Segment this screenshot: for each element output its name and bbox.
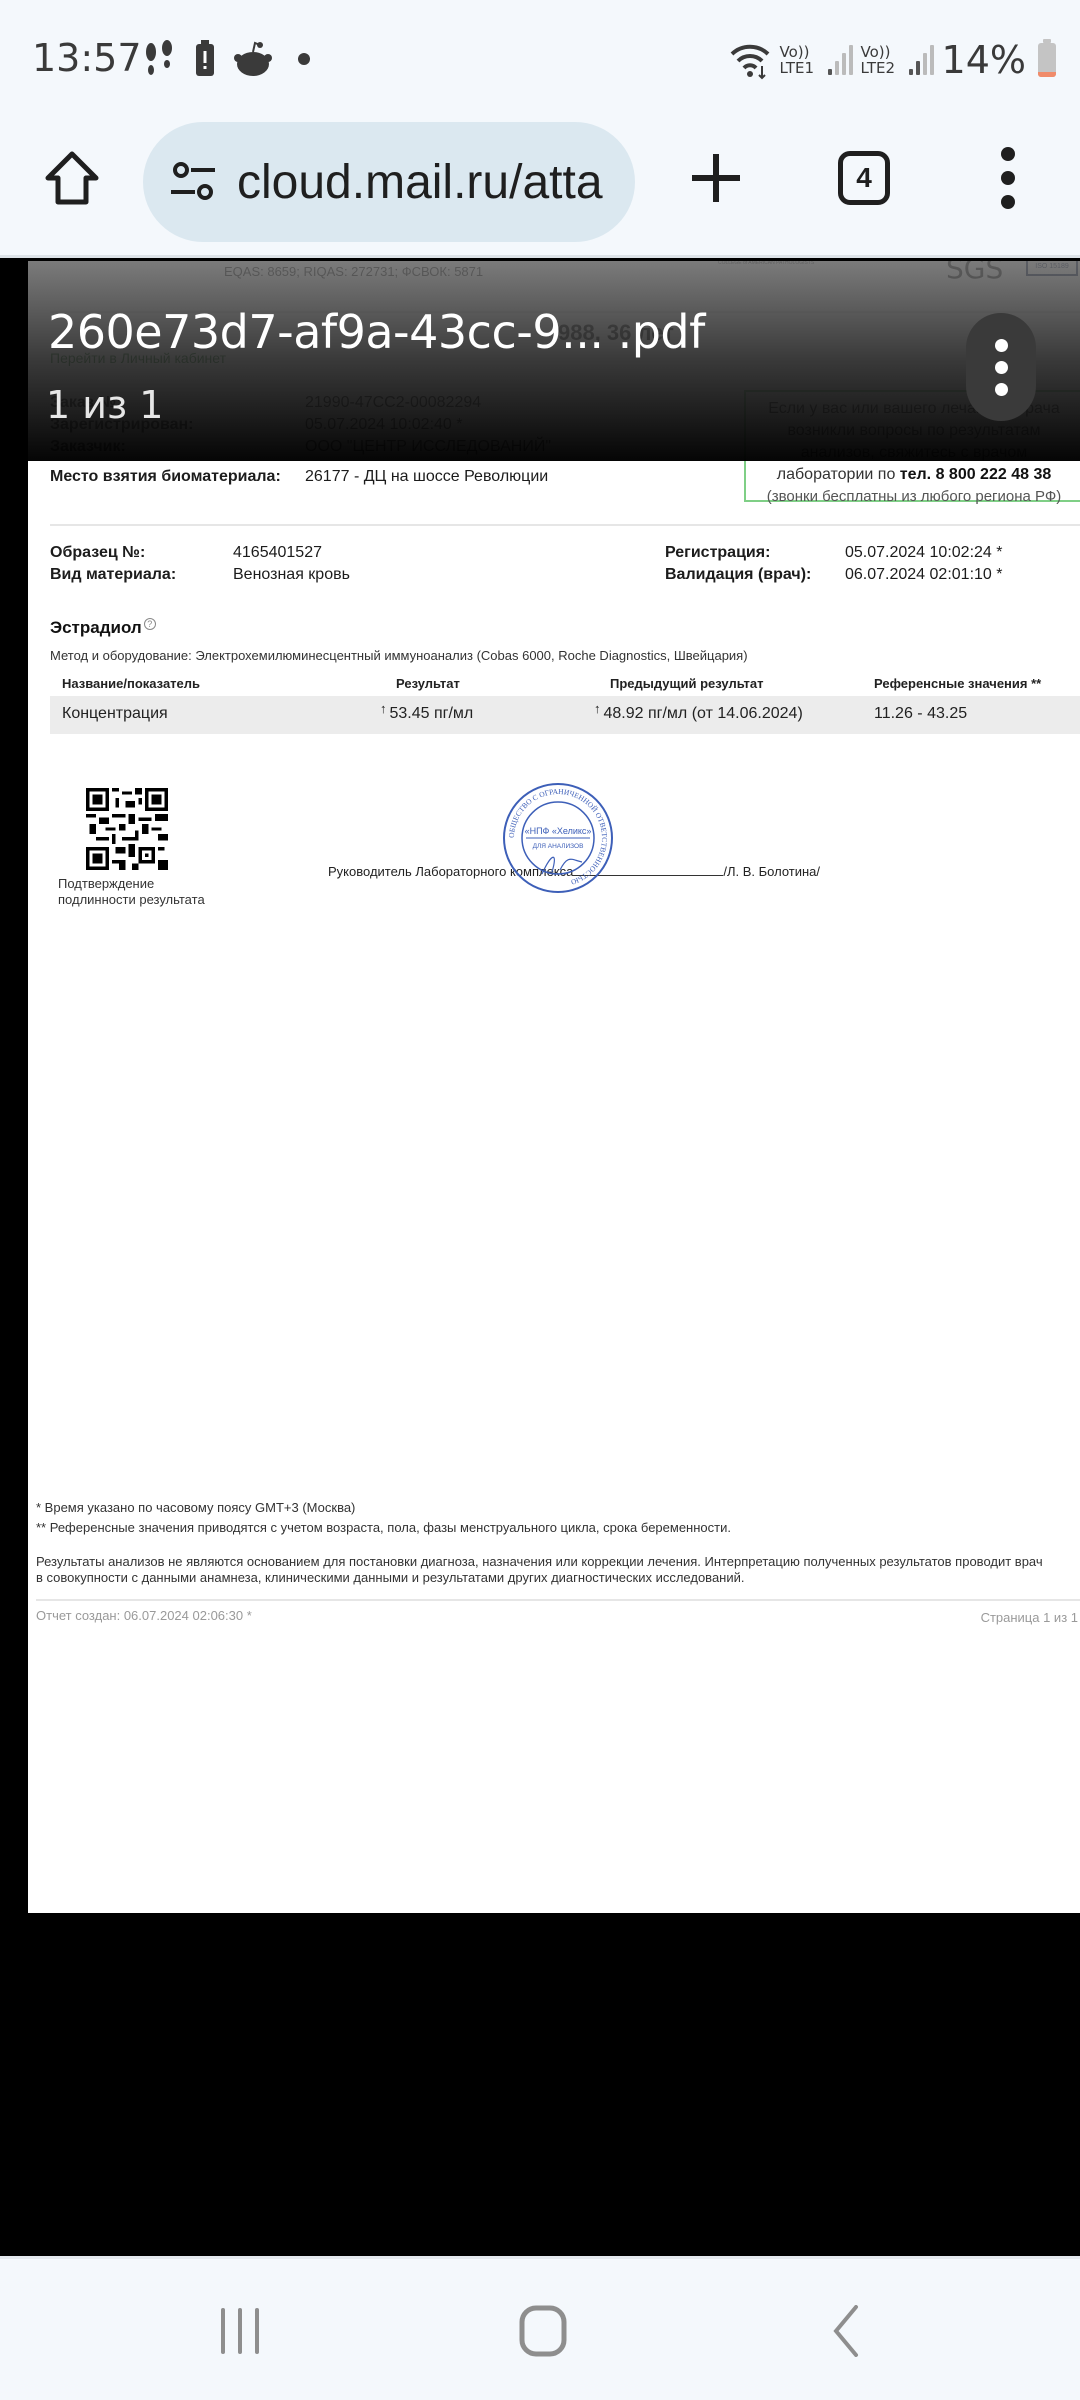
pdf-viewer-header: 260e73d7-af9a-43cc-9... .pdf 1 из 1 bbox=[28, 261, 1080, 461]
browser-menu-button[interactable] bbox=[984, 142, 1032, 214]
home-button[interactable] bbox=[36, 142, 108, 214]
col-reference: Референсные значения ** bbox=[874, 676, 1041, 691]
url-bar[interactable]: cloud.mail.ru/atta bbox=[143, 122, 635, 242]
test-method: Метод и оборудование: Электрохемилюминес… bbox=[50, 648, 748, 663]
system-status-icons: Vo)) LTE1 Vo)) LTE2 14% bbox=[728, 38, 1056, 82]
tab-switcher-button[interactable]: 4 bbox=[830, 142, 898, 214]
qr-caption-line1: Подтверждение bbox=[58, 876, 154, 891]
battery-icon bbox=[1038, 43, 1056, 77]
results-table-header: Название/показатель Результат Предыдущий… bbox=[50, 676, 1080, 694]
row-result: ↑53.45 пг/мл bbox=[380, 705, 473, 723]
sim2-label: Vo)) LTE2 bbox=[861, 44, 901, 76]
material-value: Венозная кровь bbox=[233, 566, 350, 584]
home-icon bbox=[44, 150, 100, 206]
site-settings-icon[interactable] bbox=[167, 156, 219, 208]
footnote-timezone: * Время указано по часовому поясу GMT+3 … bbox=[36, 1500, 355, 1515]
contact-note: (звонки бесплатны из любого региона РФ) bbox=[746, 486, 1080, 508]
pdf-more-options-button[interactable] bbox=[966, 313, 1036, 421]
report-created: Отчет создан: 06.07.2024 02:06:30 * bbox=[36, 1608, 252, 1623]
wifi-icon bbox=[728, 40, 772, 80]
disclaimer-line2: в совокупности с данными анамнеза, клини… bbox=[36, 1570, 745, 1585]
qr-caption-line2: подлинности результата bbox=[58, 892, 205, 907]
pdf-page: EQAS: 8659; RIQAS: 272731; ФСВОК: 5871 C… bbox=[28, 261, 1080, 1913]
svg-text:ДЛЯ АНАЛИЗОВ: ДЛЯ АНАЛИЗОВ bbox=[533, 843, 584, 850]
validation-value: 06.07.2024 02:01:10 * bbox=[845, 566, 1002, 584]
menu-dot-icon bbox=[1001, 147, 1015, 161]
battery-alert-icon bbox=[194, 40, 216, 78]
page-number: Страница 1 из 1 bbox=[981, 1610, 1078, 1625]
menu-dot-icon bbox=[1001, 195, 1015, 209]
browser-toolbar: cloud.mail.ru/atta 4 bbox=[0, 120, 1080, 258]
more-notifications-dot bbox=[298, 53, 310, 65]
collection-place-label: Место взятия биоматериала: bbox=[50, 468, 281, 486]
sample-number-label: Образец №: bbox=[50, 544, 145, 562]
sim1-signal-icon bbox=[828, 45, 853, 75]
system-navigation-bar bbox=[0, 2256, 1080, 2400]
row-name: Концентрация bbox=[62, 705, 168, 723]
collection-place-value: 26177 - ДЦ на шоссе Революции bbox=[305, 468, 548, 486]
new-tab-button[interactable] bbox=[680, 142, 752, 214]
col-previous: Предыдущий результат bbox=[610, 676, 764, 691]
validation-label: Валидация (врач): bbox=[665, 566, 811, 584]
back-button[interactable] bbox=[806, 2299, 886, 2363]
help-icon[interactable]: ? bbox=[144, 618, 156, 630]
more-dot-icon bbox=[995, 339, 1008, 352]
phone-screen: 13:57 Vo)) LTE1 Vo)) LTE2 14% cloud.mail… bbox=[0, 0, 1080, 2400]
reddit-icon bbox=[234, 40, 272, 78]
arrow-up-icon: ↑ bbox=[594, 701, 601, 716]
recent-apps-icon bbox=[215, 2306, 265, 2356]
sample-number-value: 4165401527 bbox=[233, 544, 322, 562]
sim2-signal-icon bbox=[909, 45, 934, 75]
arrow-up-icon: ↑ bbox=[380, 701, 387, 716]
back-chevron-icon bbox=[826, 2305, 866, 2357]
pdf-viewer[interactable]: EQAS: 8659; RIQAS: 272731; ФСВОК: 5871 C… bbox=[0, 261, 1080, 2256]
sim1-label: Vo)) LTE1 bbox=[780, 44, 820, 76]
registration-label: Регистрация: bbox=[665, 544, 770, 562]
url-text: cloud.mail.ru/atta bbox=[237, 155, 603, 210]
pdf-file-name: 260e73d7-af9a-43cc-9... .pdf bbox=[48, 305, 705, 359]
tab-count: 4 bbox=[838, 151, 890, 205]
col-result: Результат bbox=[396, 676, 460, 691]
footnote-reference: ** Референсные значения приводятся с уче… bbox=[36, 1520, 731, 1535]
plus-icon bbox=[690, 152, 742, 204]
nav-home-button[interactable] bbox=[503, 2299, 583, 2363]
status-bar: 13:57 Vo)) LTE1 Vo)) LTE2 14% bbox=[0, 0, 1080, 120]
stamp-seal: ОБЩЕСТВО С ОГРАНИЧЕННОЙ ОТВЕТСТВЕННОСТЬЮ… bbox=[502, 782, 614, 894]
menu-dot-icon bbox=[1001, 171, 1015, 185]
phone-number[interactable]: тел. 8 800 222 48 38 bbox=[900, 466, 1051, 483]
home-circle-icon bbox=[518, 2305, 568, 2357]
battery-percent: 14% bbox=[942, 38, 1026, 82]
pdf-page-indicator: 1 из 1 bbox=[46, 383, 163, 427]
contact-phone-line: лаборатории по тел. 8 800 222 48 38 bbox=[746, 464, 1080, 486]
disclaimer-line1: Результаты анализов не являются основани… bbox=[36, 1554, 1043, 1569]
qr-code[interactable] bbox=[86, 788, 168, 870]
more-dot-icon bbox=[995, 361, 1008, 374]
row-previous: ↑48.92 пг/мл (от 14.06.2024) bbox=[594, 705, 803, 723]
recent-apps-button[interactable] bbox=[200, 2299, 280, 2363]
footsteps-icon bbox=[142, 40, 176, 78]
row-reference: 11.26 - 43.25 bbox=[874, 705, 967, 723]
material-label: Вид материала: bbox=[50, 566, 176, 584]
test-name: Эстрадиол? bbox=[50, 618, 156, 638]
registration-value: 05.07.2024 10:02:24 * bbox=[845, 544, 1002, 562]
notification-icons bbox=[142, 40, 310, 78]
svg-text:«НПФ «Хеликс»: «НПФ «Хеликс» bbox=[525, 826, 592, 836]
status-time: 13:57 bbox=[32, 36, 142, 80]
col-name: Название/показатель bbox=[62, 676, 200, 691]
more-dot-icon bbox=[995, 383, 1008, 396]
table-row: Концентрация ↑53.45 пг/мл ↑48.92 пг/мл (… bbox=[50, 696, 1080, 734]
